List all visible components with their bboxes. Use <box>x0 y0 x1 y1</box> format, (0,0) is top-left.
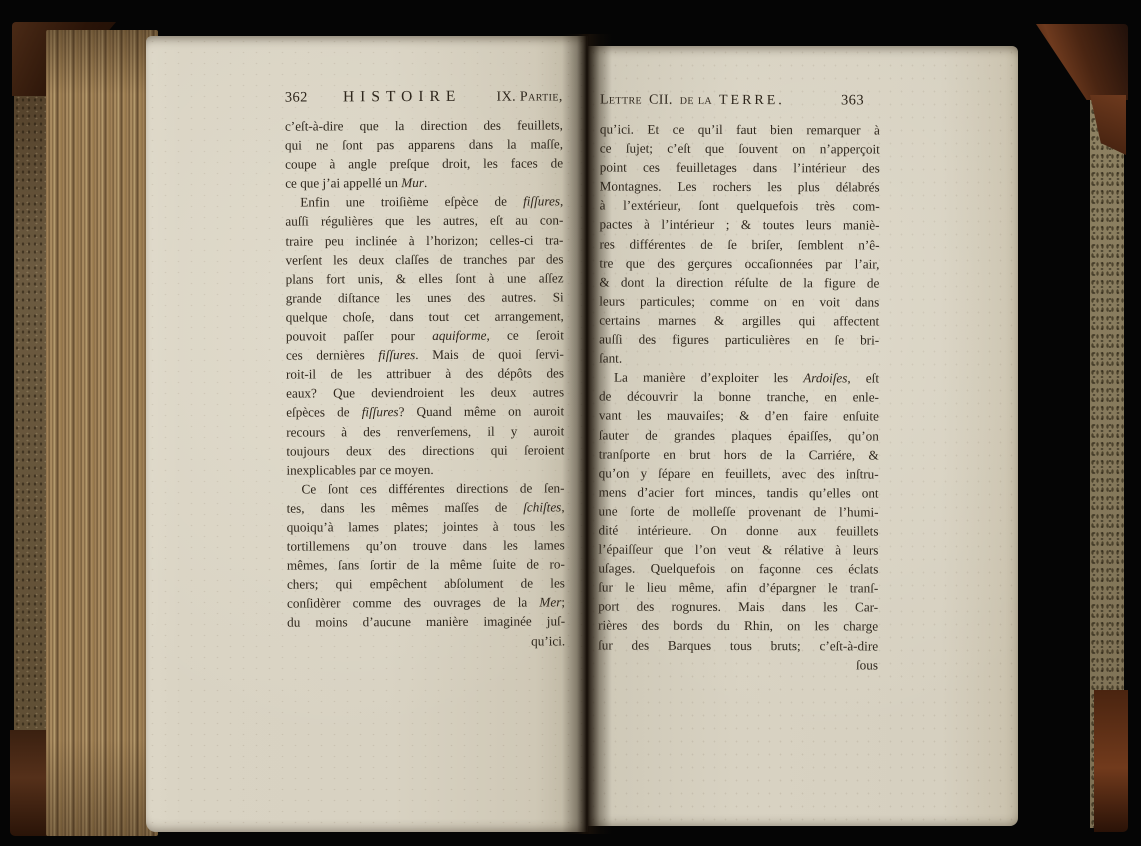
left-header-section: IX. Partie, <box>496 89 562 105</box>
text-line: auſſi des figures particulières en ſe br… <box>599 330 879 350</box>
text-line: inexplicables par ce moyen. <box>286 459 564 479</box>
right-header-titles: Lettre CII. de la TERRE. <box>600 93 785 110</box>
right-page-number: 363 <box>841 92 864 109</box>
right-running-header: Lettre CII. de la TERRE. 363 <box>600 92 880 117</box>
text-line: pouvoit paſſer pour aquiforme, ce ſeroit <box>286 325 564 345</box>
text-line: ſant. <box>599 349 879 369</box>
text-line: qu’ici. <box>287 631 565 651</box>
text-line: quoiqu’à lames plates; jointes à tous le… <box>287 516 565 536</box>
text-line: dité intérieure. On donne aux feuillets <box>598 520 878 540</box>
text-line: recours à des renverſemens, il y auroit <box>286 421 564 441</box>
text-line: tre que des gerçures occaſionnées par l’… <box>599 253 879 273</box>
text-line: qu’on y ſépare en feuillets, avec des in… <box>599 463 879 483</box>
text-line: pactes à l’intérieur ; & toutes leurs ma… <box>600 215 880 235</box>
text-line: roit-il de les attribuer à des dépôts de… <box>286 364 564 384</box>
text-line: quelque choſe, dans tout cet arrangement… <box>286 306 564 326</box>
right-header-running-number: CII. <box>649 93 673 109</box>
left-header-title: HISTOIRE <box>343 88 461 107</box>
text-line: du moins d’aucune manière imaginée juſ- <box>287 612 565 632</box>
text-line: conſidèrer comme des ouvrages de la Mer; <box>287 593 565 613</box>
right-header-running-title: Lettre <box>600 93 642 109</box>
left-running-header: 362 HISTOIRE IX. Partie, <box>285 87 563 112</box>
text-line: tortillemens qu’on trouve dans les lames <box>287 535 565 555</box>
text-line: La manière d’exploiter les Ardoiſes, eſt <box>599 368 879 388</box>
text-line: mêmes, ſans ſortir de la même ſuite de r… <box>287 555 565 575</box>
text-line: ſur des Barques tous bruts; c’eſt-à-dire <box>598 635 878 655</box>
right-header-work-title: TERRE. <box>719 93 785 109</box>
text-line: une ſorte de molleſſe provenant de l’hum… <box>599 501 879 521</box>
text-line: rières des bords du Rhin, on les charge <box>598 616 878 636</box>
text-line: uſages. Quelquefois on façonne ces éclat… <box>598 559 878 579</box>
left-page-text: 362 HISTOIRE IX. Partie, c’eſt-à-dire qu… <box>285 87 565 651</box>
right-header-of: de la <box>680 93 712 109</box>
text-line: eaux? Que deviendroient les deux autres <box>286 383 564 403</box>
text-line: eſpèces de fiſſures? Quand même on auroi… <box>286 402 564 422</box>
text-line: ſur le lieu même, afin d’épargner le tra… <box>598 578 878 598</box>
text-line: leurs particules; comme on en voit dans <box>599 291 879 311</box>
text-line: point ces feuilletages dans l’intérieur … <box>600 158 880 178</box>
right-page-fore-edge <box>1016 38 1092 840</box>
text-line: c’eſt-à-dire que la direction des feuill… <box>285 115 563 135</box>
left-page-lines: c’eſt-à-dire que la direction des feuill… <box>285 115 565 651</box>
text-line: traire peu inclinée à l’horizon; celles-… <box>285 230 563 250</box>
left-page-number: 362 <box>285 90 308 107</box>
text-line: certains marnes & argilles qui affectent <box>599 310 879 330</box>
text-line: tranſporte en brut hors de la Carriére, … <box>599 444 879 464</box>
text-line: toujours deux des directions qui ſeroien… <box>286 440 564 460</box>
left-cover-board <box>14 24 50 834</box>
text-line: & dont la direction réſulte de la figure… <box>599 272 879 292</box>
text-line: Ce ſont ces différentes directions de ſe… <box>286 478 564 498</box>
text-line: qu’ici. Et ce qu’il faut bien remarquer … <box>600 120 880 140</box>
right-page-lines: qu’ici. Et ce qu’il faut bien remarquer … <box>598 120 880 656</box>
leather-corner-bottom-right <box>1094 690 1128 832</box>
catchword: ſous <box>598 654 878 674</box>
text-line: coupe à angle preſque droit, les faces d… <box>285 154 563 174</box>
text-line: verſent les deux claſſes de tranches par… <box>285 249 563 269</box>
right-page-text: Lettre CII. de la TERRE. 363 qu’ici. Et … <box>598 92 880 675</box>
text-line: res différentes de ſe briſer, ſemblent n… <box>599 234 879 254</box>
text-line: l’épaiſſeur que l’on veut & rélative à l… <box>598 540 878 560</box>
book-photograph: 362 HISTOIRE IX. Partie, c’eſt-à-dire qu… <box>0 0 1141 846</box>
left-page-fore-edge <box>46 30 158 836</box>
text-line: grande diſtance les unes des autres. Si <box>286 287 564 307</box>
text-line: auſſi régulières que les autres, eſt au … <box>285 211 563 231</box>
text-line: port des rognures. Mais dans les Car- <box>598 597 878 617</box>
text-line: à l’extérieur, ſont quelquefois très com… <box>600 196 880 216</box>
text-line: Montagnes. Les rochers les plus délabrés <box>600 177 880 197</box>
text-line: ces dernières fiſſures. Mais de quoi ſer… <box>286 345 564 365</box>
text-line: ce ſujet; c’eſt que ſouvent on n’apperço… <box>600 139 880 159</box>
text-line: vant les mauvaiſes; & d’en faire enſuite <box>599 406 879 426</box>
text-line: plans fort unis, & elles ſont à une aſſe… <box>286 268 564 288</box>
text-line: ſauter de grandes plaques épaiſſes, qu’o… <box>599 425 879 445</box>
text-line: de découvrir la bonne tranche, en enle- <box>599 387 879 407</box>
text-line: mens d’acier fort minces, tandis qu’elle… <box>599 482 879 502</box>
text-line: qui ne ſont pas apparens dans la maſſe, <box>285 134 563 154</box>
text-line: chers; qui empêchent abſolument de les <box>287 574 565 594</box>
text-line: tes, dans les mêmes maſſes de ſchiſtes, <box>287 497 565 517</box>
text-line: Enfin une troiſième eſpèce de fiſſures, <box>285 192 563 212</box>
text-line: ce que j’ai appellé un Mur. <box>285 173 563 193</box>
